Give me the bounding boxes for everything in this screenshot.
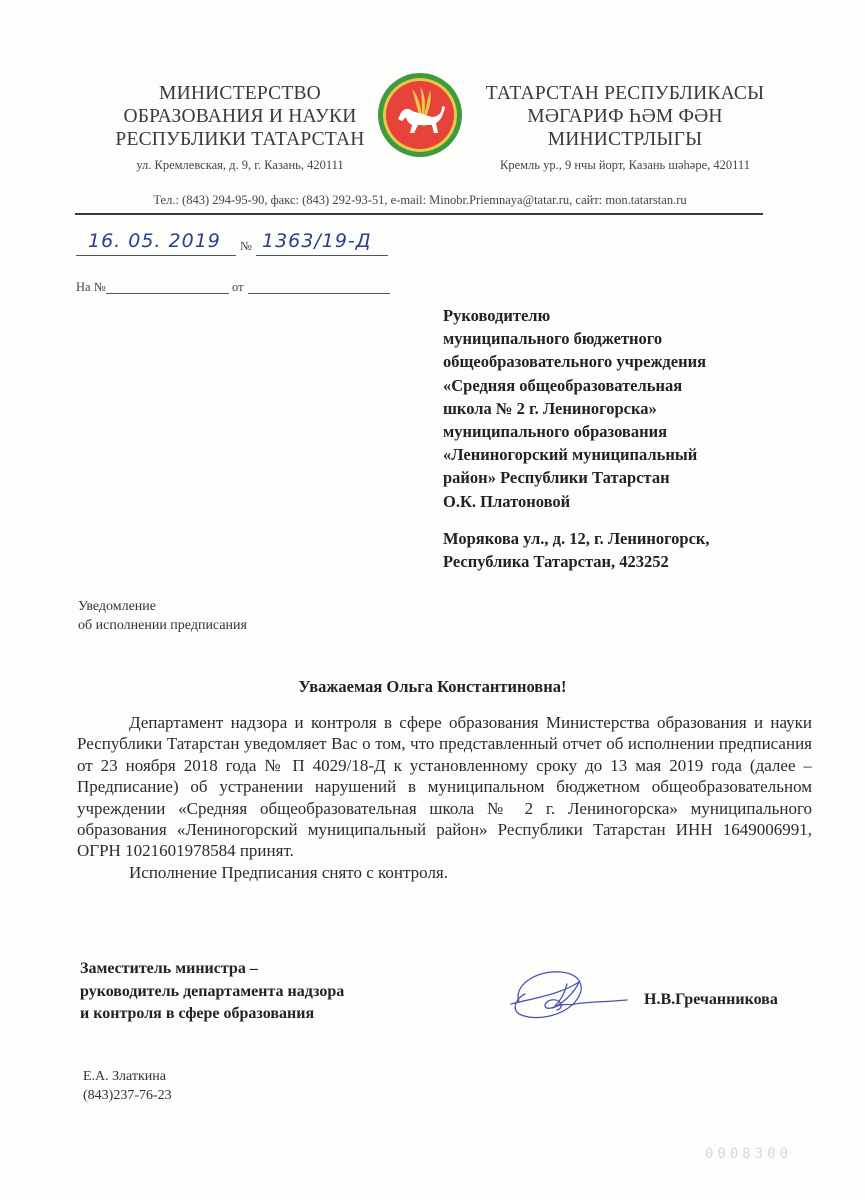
reply-number-field <box>106 279 229 294</box>
ministry-title-russian: МИНИСТЕРСТВО ОБРАЗОВАНИЯ И НАУКИ РЕСПУБЛ… <box>70 82 410 151</box>
ministry-address-russian: ул. Кремлевская, д. 9, г. Казань, 420111 <box>70 158 410 173</box>
signatory-title-line: и контроля в сфере образования <box>80 1003 344 1026</box>
greeting: Уважаемая Ольга Константиновна! <box>0 677 865 697</box>
reply-label: На № <box>76 280 106 295</box>
number-label: № <box>240 239 252 254</box>
ministry-address-tatar: Кремль ур., 9 нчы йорт, Казань шәһәре, 4… <box>470 158 780 173</box>
contact-line: Тел.: (843) 294-95-90, факс: (843) 292-9… <box>60 193 780 208</box>
title-line: ТАТАРСТАН РЕСПУБЛИКАСЫ <box>470 82 780 105</box>
handwritten-date: 16. 05. 2019 <box>88 230 221 252</box>
number-field: 1363/19-Д <box>256 230 388 256</box>
recipient-line: «Лениногорский муниципальный <box>443 443 803 466</box>
executor-block: Е.А. Златкина (843)237-76-23 <box>83 1068 172 1105</box>
title-line: МИНИСТРЛЫГЫ <box>470 128 780 151</box>
address-line: Республика Татарстан, 423252 <box>443 550 803 573</box>
subject-line: Уведомление <box>78 597 247 616</box>
signatory-title: Заместитель министра – руководитель депа… <box>80 958 344 1026</box>
recipient-line: О.К. Платоновой <box>443 490 803 513</box>
title-line: МӘГАРИФ ҺӘМ ФӘН <box>470 105 780 128</box>
title-line: РЕСПУБЛИКИ ТАТАРСТАН <box>70 128 410 151</box>
executor-name: Е.А. Златкина <box>83 1068 172 1087</box>
ministry-title-tatar: ТАТАРСТАН РЕСПУБЛИКАСЫ МӘГАРИФ ҺӘМ ФӘН М… <box>470 82 780 151</box>
subject-line: об исполнении предписания <box>78 616 247 635</box>
form-serial-number: 0008300 <box>705 1146 792 1162</box>
recipient-line: школа № 2 г. Лениногорска» <box>443 397 803 420</box>
recipient-block: Руководителю муниципального бюджетного о… <box>443 304 803 573</box>
handwritten-signature-icon <box>505 962 630 1028</box>
handwritten-number: 1363/19-Д <box>262 230 372 252</box>
recipient-line: Руководителю <box>443 304 803 327</box>
address-line: Морякова ул., д. 12, г. Лениногорск, <box>443 527 803 550</box>
recipient-line: район» Республики Татарстан <box>443 466 803 489</box>
recipient-address: Морякова ул., д. 12, г. Лениногорск, Рес… <box>443 527 803 573</box>
recipient-line: «Средняя общеобразовательная <box>443 374 803 397</box>
title-line: МИНИСТЕРСТВО <box>70 82 410 105</box>
signatory-name: Н.В.Гречанникова <box>644 991 778 1009</box>
title-line: ОБРАЗОВАНИЯ И НАУКИ <box>70 105 410 128</box>
signatory-title-line: Заместитель министра – <box>80 958 344 981</box>
header-divider <box>75 213 763 215</box>
date-field: 16. 05. 2019 <box>76 230 236 256</box>
body-paragraph: Департамент надзора и контроля в сфере о… <box>77 712 812 862</box>
body-paragraph: Исполнение Предписания снято с контроля. <box>77 862 812 883</box>
subject-block: Уведомление об исполнении предписания <box>78 597 247 635</box>
tatarstan-emblem-icon <box>376 71 464 159</box>
signatory-title-line: руководитель департамента надзора <box>80 981 344 1004</box>
reply-date-field <box>248 279 390 294</box>
from-label: от <box>232 280 244 295</box>
recipient-line: муниципального образования <box>443 420 803 443</box>
recipient-line: муниципального бюджетного <box>443 327 803 350</box>
executor-phone: (843)237-76-23 <box>83 1087 172 1106</box>
letter-body: Департамент надзора и контроля в сфере о… <box>77 712 812 883</box>
recipient-line: общеобразовательного учреждения <box>443 350 803 373</box>
